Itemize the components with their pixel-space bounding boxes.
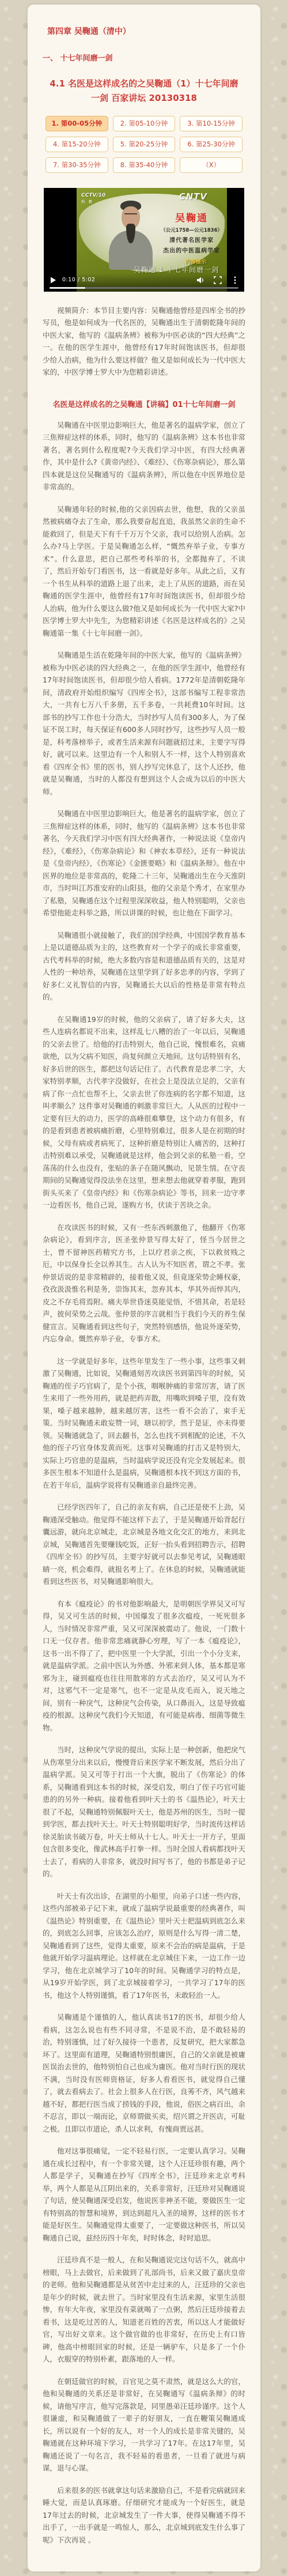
segment-button-4[interactable]: 4. 第15-20分钟 xyxy=(46,137,108,152)
transcript-paragraph-9: 已经学医四年了，自己的亲友有病，自己还是使不上劲，吴鞠通深受触动。他觉得不能这样… xyxy=(43,1501,245,1588)
video-progress-fill xyxy=(50,287,85,289)
time-display: 0:10 / 5:02 xyxy=(62,277,95,283)
transcript-paragraph-1: 吴鞠通在中医里边影响巨大，他是著名的温病学家，创立了三焦辩症这样的体系，同时，他… xyxy=(43,419,245,493)
transcript-paragraph-14: 他对这事很痛觉，一定不轻易行医，一定要认真学习。吴鞠通在成长过程中，有一个非常关… xyxy=(43,2145,245,2244)
transcript-paragraph-13: 吴鞠通是个谨慎的人，他认真读书17的医书，却很少给人看病，这怎么说也有些不同寻常… xyxy=(43,2011,245,2135)
transcript-paragraph-10: 有本《瘟疫论》的书对他影响最大，是明朝医学界吴又可写得，吴又可生活的时候，中国爆… xyxy=(43,1598,245,1734)
person-role-2: 杰出的中医温病学家 xyxy=(161,246,222,254)
video-progress-bar[interactable] xyxy=(50,287,238,289)
segment-button-grid: 1. 第00-05分钟 2. 第05-10分钟 3. 第10-15分钟 4. 第… xyxy=(46,116,242,173)
transcript-paragraph-7: 在攻读医书的时候，又有一些东西刺激他了，他翻开《伤寒杂病论》，看到序言，医圣张仲… xyxy=(43,1221,245,1345)
transcript-paragraph-3: 吴鞠通是生活在乾隆年间的中医大家，他写的《温病条辨》被称为中医必读的四大经典之一… xyxy=(43,649,245,798)
transcript-paragraph-4: 吴鞠通在中医里边影响巨大，他是著名的温病学家，创立了三焦辩症这样的体系，同时，他… xyxy=(43,808,245,919)
transcript-paragraph-15: 汪廷珍真不是一般人，在和吴鞠通说完这句话不久，就高中榜眼，马上去做官，后来做到了… xyxy=(43,2254,245,2366)
cntv-logo: CNTV xyxy=(179,191,207,202)
segment-button-6[interactable]: 6. 第25-30分钟 xyxy=(180,137,242,152)
person-name: 吴鞠通 xyxy=(161,210,222,224)
segment-button-7[interactable]: 7. 第30-35分钟 xyxy=(46,157,108,173)
video-heading: 4.1 名医是这样成名的之吴鞠通（1）十七年间磨一剑 百家讲坛 20130318 xyxy=(46,77,242,105)
transcript-paragraph-17: 后来很多的医书就拿这句话来激励自己，不是看完病就回来睡大觉，而是认真琢磨。仔细研… xyxy=(43,2484,245,2547)
play-icon[interactable] xyxy=(48,276,58,285)
video-intro-paragraph: 视频简介：本节目主要内容：吴鞠通他曾经是四库全书的抄写员，他是如何成为一代名医的… xyxy=(43,304,245,379)
transcript-paragraph-16: 在朝廷做官的时候，百官见之莫不肃然，就是这么大的官，他和吴鞠通的关系还是非常好，… xyxy=(43,2375,245,2475)
person-role-1: 清代著名医学家 xyxy=(161,235,222,244)
transcript-paragraph-8: 这一学就是好多年，这些年里发生了一些小事，这些事又刺激了吴鞠通，比如说，吴鞠通刻… xyxy=(43,1355,245,1492)
segment-button-close[interactable]: （X） xyxy=(180,157,242,173)
transcript-paragraph-5: 吴鞠通很小就接触了，我们的国学经典，中国国学教育基本上是以道德品质为主的，这些教… xyxy=(43,929,245,1004)
transcript-paragraph-11: 当时，这种戾气学说的提出，实际上是一种创新，他把戾气从伤寒里分出来以后，慢慢背后… xyxy=(43,1744,245,1880)
video-player[interactable]: 吴鞠通 （公元1758—公元1836） 清代著名医学家 杰出的中医温病学家 CC… xyxy=(44,188,244,292)
volume-icon[interactable] xyxy=(196,276,205,285)
more-options-icon[interactable] xyxy=(230,276,240,285)
segment-button-1[interactable]: 1. 第00-05分钟 xyxy=(46,116,108,131)
transcript-paragraph-12: 叶天士有次出诊，在湖里的小船里，向弟子口述一些内容，这些内部被弟子记下来，就成了… xyxy=(43,1890,245,2002)
transcript-paragraph-2: 吴鞠通年轻的时候,他的父亲因病去世，他想，我的父亲虽然被病痛夺去了生命，那么我要… xyxy=(43,503,245,640)
person-caption: 吴鞠通 （公元1758—公元1836） 清代著名医学家 杰出的中医温病学家 xyxy=(161,210,222,254)
segment-button-8[interactable]: 8. 第35-40分钟 xyxy=(113,157,176,173)
portrait-wu-jutong xyxy=(107,201,155,270)
segment-button-2[interactable]: 2. 第05-10分钟 xyxy=(113,116,176,131)
transcript-heading: 名医是这样成名的之吴鞠通【讲稿】01十七年间磨一剑 xyxy=(43,398,245,409)
cctv-channel-logo: CCTV/10 科 教 xyxy=(81,193,105,204)
segment-button-3[interactable]: 3. 第10-15分钟 xyxy=(180,116,242,131)
segment-button-5[interactable]: 5. 第20-25分钟 xyxy=(113,137,176,152)
fullscreen-icon[interactable] xyxy=(213,276,222,285)
person-years: （公元1758—公元1836） xyxy=(161,227,222,233)
player-controls: 0:10 / 5:02 xyxy=(44,273,244,292)
chapter-title: 第四章 吴鞠通（清中） xyxy=(47,25,245,37)
section-title: 一、 十七年间磨一剑 xyxy=(43,52,245,63)
article-card: 第四章 吴鞠通（清中） 一、 十七年间磨一剑 4.1 名医是这样成名的之吴鞠通（… xyxy=(28,5,260,2571)
transcript-paragraph-6: 在吴鞠通19岁的时候，他的父亲病了，请了好多大夫，这些人连病名都说不出来，这样乱… xyxy=(43,1013,245,1212)
